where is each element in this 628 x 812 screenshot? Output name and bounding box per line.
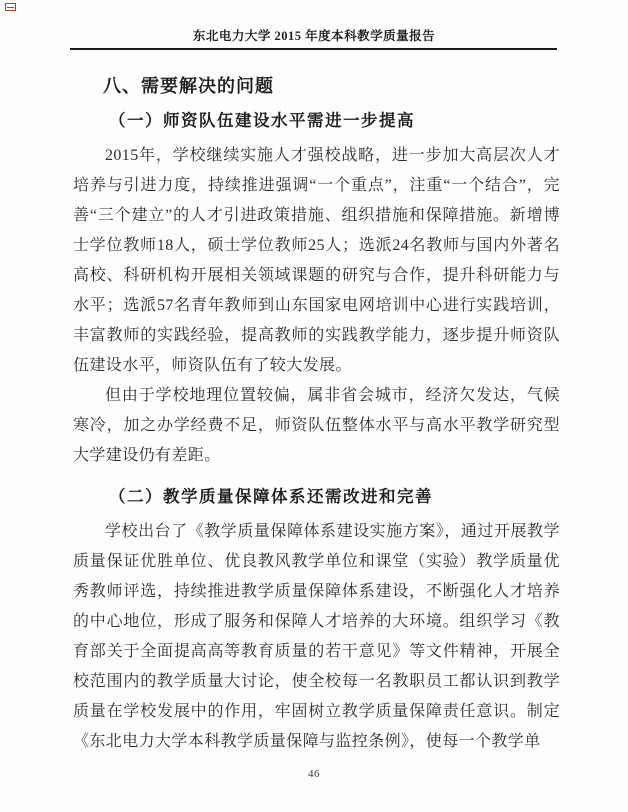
subsection-1-paragraph-1: 2015年，学校继续实施人才强校战略，进一步加大高层次人才培养与引进力度，持续推… xyxy=(73,141,560,381)
running-head-title: 东北电力大学 2015 年度本科教学质量报告 xyxy=(0,0,628,44)
header-rule xyxy=(70,48,557,50)
section-heading: 八、需要解决的问题 xyxy=(103,75,560,97)
subsection-2-heading: （二）教学质量保障体系还需改进和完善 xyxy=(109,486,560,508)
red-stamp-mark xyxy=(5,3,16,11)
page-body: 八、需要解决的问题 （一）师资队伍建设水平需进一步提高 2015年，学校继续实施… xyxy=(73,75,560,757)
subsection-1-heading: （一）师资队伍建设水平需进一步提高 xyxy=(109,110,560,132)
subsection-1-paragraph-2: 但由于学校地理位置较偏，属非省会城市，经济欠发达，气候寒冷，加之办学经费不足，师… xyxy=(73,381,560,471)
page-footer: 46 xyxy=(0,764,628,782)
page-header: 东北电力大学 2015 年度本科教学质量报告 xyxy=(0,0,628,50)
subsection-2-paragraph-1: 学校出台了《教学质量保障体系建设实施方案》，通过开展教学质量保证优胜单位、优良教… xyxy=(73,517,560,757)
page-number: 46 xyxy=(308,768,320,780)
document-page: 东北电力大学 2015 年度本科教学质量报告 八、需要解决的问题 （一）师资队伍… xyxy=(0,0,628,812)
